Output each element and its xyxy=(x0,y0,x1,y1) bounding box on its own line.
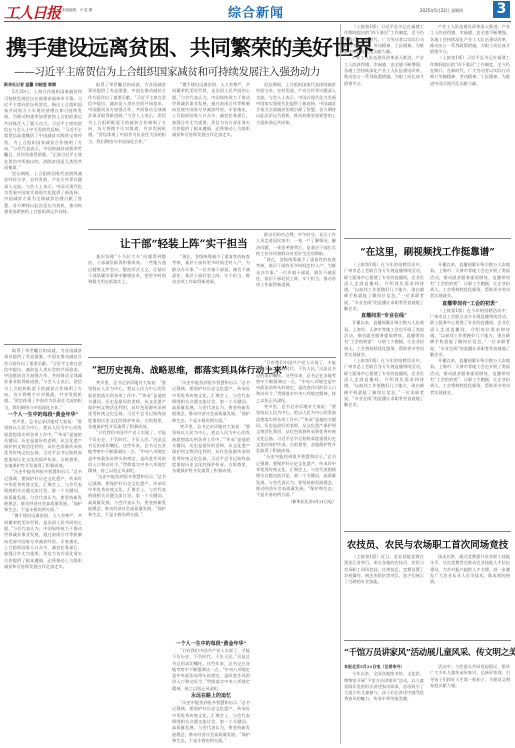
story-paragraph: “现在，各级统筹减少了重复性的检查考核，基层干部有更多时间走村入户、为群众办实事… xyxy=(256,257,336,288)
lishi-column-2b: 一个人一生中的每段“黄金年华” “只有我们中国共产党人实现了，才能不负历史、不负… xyxy=(172,640,250,743)
nongji-column-2: 技术比拼，通过竞赛提升农业职工技能水平。这次竞赛旨在推动农业技能人才队伍建设，为… xyxy=(430,554,510,634)
lead-paragraph: 论坛期间，上合组织国家代表围绕减贫经验分享、农村发展、产业合作等议题深入交流。与… xyxy=(4,171,82,215)
lead-paragraph: 论坛期间，上合组织国家代表围绕减贫经验分享、农村发展、产业合作等议题深入交流。与… xyxy=(256,82,336,126)
lead-paragraph: 产业工人队伍建设改革深入推进，产业工人的获得感、幸福感、安全感不断增强。各地工会… xyxy=(344,55,424,86)
newspaper-logo: 工人日报 xyxy=(4,2,60,23)
story-paragraph: 笑声里，总书记亲切地对大家说：“要坚持以人民为中心，把以人民为中心的发展思想落实… xyxy=(256,404,336,454)
lead-continued-column-2: 产业工人队伍建设改革深入推进，产业工人的获得感、幸福感、安全感不断增强。各地工会… xyxy=(430,24,510,232)
story-paragraph: 技术比拼，通过竞赛提升农业职工技能水平。这次竞赛旨在推动农业技能人才队伍建设，为… xyxy=(430,554,510,585)
story-paragraph: “现在，各级统筹减少了重复性的检查考核，基层干部有更多时间走村入户、为群众办实事… xyxy=(172,254,250,285)
story-paragraph: 今年以来，全国各地图书馆、文化馆、博物馆开展“千馆万员讲家风”活动，以儿童喜闻乐… xyxy=(344,671,424,702)
qianguan-column-2: 活动中，与会嘉宾共同发起倡议，倡导广大少年儿童传承好家风、弘扬好家训，引导孩子们… xyxy=(430,664,510,744)
lead-paragraph: （上接第1版）习近平总书记在福建工作期间提出的“四下基层”工作制度，至今仍在践行… xyxy=(344,24,424,55)
story-paragraph: “历史中能找到很多智慧和启示。”总书记强调，要保护好历史文化遗产，传承好中华优秀… xyxy=(88,474,166,518)
masthead-divider xyxy=(4,21,511,22)
lead-paragraph: （上接第1版）习近平总书记在福建工作期间提出的“四下基层”工作制度，至今仍在践行… xyxy=(430,55,510,86)
lishi-column-1: 笑声里，总书记亲切地对大家说：“要坚持以人民为中心，把以人民为中心的发展思想落实… xyxy=(88,380,166,743)
lead-subheadline: ——习近平主席贺信为上合组织国家减贫和可持续发展注入强劲动力 xyxy=(14,64,320,79)
story-paragraph: 笑声里，总书记亲切地对大家说：“要坚持以人民为中心，把以人民为中心的发展思想落实… xyxy=(88,380,166,430)
story-paragraph: “历史中能找到很多智慧和启示。”总书记强调，要保护好历史文化遗产，传承好中华优秀… xyxy=(4,469,82,513)
lead-paragraph: 产业工人队伍建设改革深入推进，产业工人的获得感、幸福感、安全感不断增强。各地工会… xyxy=(430,24,510,55)
story-headline-zhaopin: “在这里，刷视频找工作挺靠谱” xyxy=(344,244,511,258)
story-paragraph: （上接第1版）近日，农业技能竞赛在黑龙江省举行，来自各地的农技员、农民与农场职工… xyxy=(344,554,424,585)
masthead: 工人日报 本版编辑：卢 进 摄 综合新闻 2025年5月22日 星期四 3 xyxy=(0,0,515,20)
zhaopin-column-1: （上接第1版）在今年的招聘活动中，广州市总工会联合各方开展直播带岗活动，职工服务… xyxy=(344,262,424,510)
lishi-column-3: “只有我们中国共产党人实现了，才能不负历史、不负时代、不负人民。”这是总书记的深… xyxy=(256,360,336,743)
story-paragraph: “只有我们中国共产党人实现了，才能不负历史、不负时代、不负人民。”这是总书记的深… xyxy=(172,648,250,692)
story-headline-qianguan: “千馆万员讲家风”活动展儿童风采、传文明之美 xyxy=(344,646,511,658)
left-column-lower: 取得了举世瞩目的成就，为各国减贫事业提供了有益借鉴。中国在推动减贫合作方面作出了… xyxy=(4,348,82,743)
lead-column-2: 取得了举世瞩目的成就，为各国减贫事业提供了有益借鉴。中国在推动减贫合作方面作出了… xyxy=(88,82,166,222)
section-title: 综合新闻 xyxy=(228,2,284,21)
divider xyxy=(4,344,82,345)
subheading: 直播带岗有“工会的初衷” xyxy=(430,300,510,308)
story-paragraph: “历史中能找到很多智慧和启示。”总书记强调，要保护好历史文化遗产，传承好中华优秀… xyxy=(172,700,250,743)
lishi-column-2: “历史中能找到很多智慧和启示。”总书记强调，要保护好历史文化遗产，传承好中华优秀… xyxy=(172,380,250,638)
divider xyxy=(344,640,511,641)
story-paragraph: 基层治理“小马拉大车”问题得到整治，干部减负取得积极成效。一些地方通过精简文件会… xyxy=(88,254,166,285)
lead-column-3: “携手建设远离贫困、人人有尊严、共同繁荣的美好世界，是各国人民共同的心愿。”与会… xyxy=(172,82,250,222)
subheading: 永远在路上的追忆 xyxy=(172,692,250,700)
lead-byline: 新华社记者 温馨 刘晓莹 郭赋 xyxy=(4,82,82,88)
story-dateline: （新华社北京5月21日电） xyxy=(256,499,336,505)
divider xyxy=(88,357,336,358)
story-paragraph: （上接第1版）在今年的招聘活动中，广州市总工会联合各方开展直播带岗活动，职工服务… xyxy=(344,262,424,312)
divider xyxy=(88,229,336,230)
qianguan-column-1: 本报北京5月21日电（记者李丹） 今年以来，全国各地图书馆、文化馆、博物馆开展“… xyxy=(344,664,424,744)
divider xyxy=(344,531,511,532)
lead-column-1: 新华社记者 温馨 刘晓莹 郭赋 5月20日，上海合作组织国家减贫和可持续发展论坛… xyxy=(4,82,82,340)
qiaozhuang-column-1: 基层治理“小马拉大车”问题得到整治，干部减负取得积极成效。一些地方通过精简文件会… xyxy=(88,254,166,350)
story-paragraph: “只有我们中国共产党人实现了，才能不负历史、不负时代、不负人民。”这是总书记的深… xyxy=(88,430,166,474)
lead-column-4: 论坛期间，上合组织国家代表围绕减贫经验分享、农村发展、产业合作等议题深入交流。与… xyxy=(256,82,336,222)
story-paragraph: 活动中，与会嘉宾共同发起倡议，倡导广大少年儿童传承好家风、弘扬好家训，引导孩子们… xyxy=(430,664,510,689)
story-paragraph: “历史中能找到很多智慧和启示。”总书记强调，要保护好历史文化遗产，传承好中华优秀… xyxy=(172,380,250,424)
story-paragraph: 笑声里，总书记亲切地对大家说：“要坚持以人民为中心，把以人民为中心的发展思想落实… xyxy=(172,424,250,474)
story-headline-qiaozhuang: 让干部“轻装上阵”实干担当 xyxy=(120,236,240,251)
subheading: 一个人一生中的每段“黄金年华” xyxy=(172,640,250,648)
story-byline: 本报北京5月21日电（记者李丹） xyxy=(344,664,424,670)
lead-headline: 携手建设远离贫困、共同繁荣的美好世界 xyxy=(6,32,336,62)
nongji-column-1: （上接第1版）近日，农业技能竞赛在黑龙江省举行，来自各地的农技员、农民与农场职工… xyxy=(344,554,424,634)
divider xyxy=(344,238,511,239)
story-paragraph: 开播以来，直播间累计吸引数万人次观看。上海市、天津市等地工会也开展了类似活动，推… xyxy=(430,358,510,396)
qiaozhuang-column-2: “现在，各级统筹减少了重复性的检查考核，基层干部有更多时间走村入户、为群众办实事… xyxy=(172,254,250,350)
story-paragraph: 取得了举世瞩目的成就，为各国减贫事业提供了有益借鉴。中国在推动减贫合作方面作出了… xyxy=(4,348,82,411)
qiaozhuang-column-3: 群众们纷纷点赞。中午时分，社区工作人员走进居民家中，一家一户了解情况、解决问题，… xyxy=(256,232,336,350)
lead-continued-column-1: （上接第1版）习近平总书记在福建工作期间提出的“四下基层”工作制度，至今仍在践行… xyxy=(344,24,424,232)
story-headline-lishi: “把历史视角、战略思维，都落实到具体行动上来” xyxy=(92,363,267,376)
column-separator xyxy=(340,24,341,744)
story-paragraph: 开播以来，直播间累计吸引数万人次观看。上海市、天津市等地工会也开展了类似活动，推… xyxy=(344,320,424,358)
story-paragraph: “历史中能找到很多智慧和启示。”总书记强调，要保护好历史文化遗产，传承好中华优秀… xyxy=(256,454,336,498)
lead-paragraph: 取得了举世瞩目的成就，为各国减贫事业提供了有益借鉴。中国在推动减贫合作方面作出了… xyxy=(88,82,166,145)
lead-paragraph: 5月20日，上海合作组织国家减贫和可持续发展论坛在福建省福州市开幕。习近平主席向… xyxy=(4,89,82,171)
story-paragraph: （上接第1版）在今年的招聘活动中，广州市总工会联合各方开展直播带岗活动，职工服务… xyxy=(344,358,424,408)
lead-paragraph: “携手建设远离贫困、人人有尊严、共同繁荣的美好世界，是各国人民共同的心愿。”与会… xyxy=(172,82,250,139)
story-headline-nongji: 农技员、农民与农场职工首次同场竞技 xyxy=(344,537,511,551)
story-paragraph: 群众们纷纷点赞。中午时分，社区工作人员走进居民家中，一家一户了解情况、解决问题，… xyxy=(256,232,336,257)
zhaopin-column-2: 开播以来，直播间累计吸引数万人次观看。上海市、天津市等地工会也开展了类似活动，推… xyxy=(430,262,510,510)
story-paragraph: 笑声里，总书记亲切地对大家说：“要坚持以人民为中心，把以人民为中心的发展思想落实… xyxy=(4,419,82,469)
page-number-badge: 3 xyxy=(493,1,510,18)
story-paragraph: 开播以来，直播间累计吸引数万人次观看。上海市、天津市等地工会也开展了类似活动，推… xyxy=(430,262,510,300)
editor-credit: 本版编辑：卢 进 摄 xyxy=(62,8,92,13)
story-paragraph: （上接第1版）在今年的招聘活动中，广州市总工会联合各方开展直播带岗活动，职工服务… xyxy=(430,308,510,358)
issue-date: 2025年5月22日 星期四 xyxy=(420,8,463,14)
story-paragraph: “携手建设远离贫困、人人有尊严、共同繁荣的美好世界，是各国人民共同的心愿。”与会… xyxy=(4,513,82,570)
subheading: 一个人一生中的每段“黄金年华” xyxy=(4,411,82,419)
story-paragraph: “只有我们中国共产党人实现了，才能不负历史、不负时代、不负人民。”这是总书记的深… xyxy=(256,360,336,404)
